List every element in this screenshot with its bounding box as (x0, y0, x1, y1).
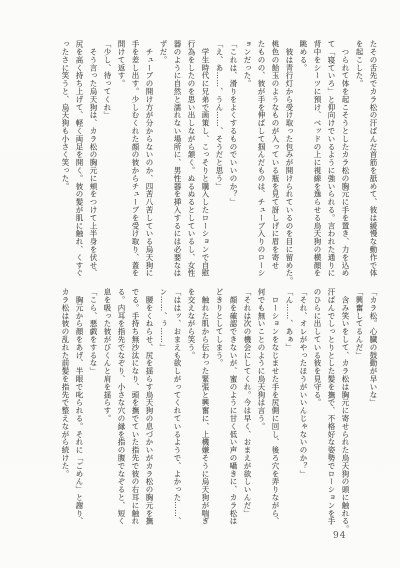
text-column: 含み笑いをして、カラ松は胸元に寄せられた烏天狗の頭に触れる。 (338, 288, 352, 530)
text-column: 「ん……、あぁ」 (282, 288, 296, 530)
text-column: 「カラ松。心臓の鼓動が早いな」 (366, 288, 380, 530)
text-column: を交えながら笑う。 (184, 288, 198, 530)
text-column: 器のように自然と濡れない場所に、男性器を挿入するには必要なは (170, 40, 184, 282)
text-column: 胸元から顔をあげ、半眼で叱られる。それに「ごめん」と謝り、 (72, 288, 86, 530)
text-column: ン……、ぅ……」 (156, 288, 170, 530)
text-column: 手を差し出す。少しむくれた顔の彼からチューブを受け取り、蓋を (128, 40, 142, 282)
text-column: のひらに出している彼を見守る。 (310, 288, 324, 530)
text-column: 何でも無いことのように烏天狗は言う。 (254, 288, 268, 530)
text-column: 「少し、待ってくれ」 (100, 40, 114, 282)
text-column: ずだ。 (156, 40, 170, 282)
text-column: 「それ、オレがやったほうがいいんじゃないのか？」 (296, 288, 310, 530)
text-column: つられて体を起こそうとしたカラ松の胸元に手を置き、力を込め (338, 40, 352, 282)
text-column: ローションをなじませた手を尻側に回し、後ろ穴を弄りながら、 (268, 288, 282, 530)
text-column: 汗ばんでしっとりとした髪を撫で、不格好な姿勢でローションを手 (324, 288, 338, 530)
text-column: カラ松は彼の乱れた前髪を指先で整えながら続けた。 (58, 288, 72, 530)
page-number: 94 (333, 531, 346, 541)
text-column: て「寝ていろ」と仰向けでいるように強いられる。言われた通りに (324, 40, 338, 282)
text-column: 尻を高く持ち上げて、軽く両足を開く。彼の髪が肌に触れ、くすぐ (72, 40, 86, 282)
text-column: 学生時代に兄弟で画策し、こっそりと購入したローションで自慰 (198, 40, 212, 282)
text-column: を起こした。 (352, 40, 366, 282)
text-column: そう言った烏天狗は、カラ松の胸元に頬をつけて上半身を伏せ、 (86, 40, 100, 282)
text-column: 行為をしたのを思い出しながら頷く。ぬるぬるとしているし、女性 (184, 40, 198, 282)
text-column: どきりとしてしまう。 (212, 288, 226, 530)
text-column: 「これは、滑りをよくするものでいいのか？」 (226, 40, 240, 282)
text-column: 桃色の飴玉のようなものが入っている瓶を見て訝しげに眉を寄せ (268, 40, 282, 282)
text-column: たものの、彼が手を伸ばして掴んだものは、チューブ入りのローシ (254, 40, 268, 282)
text-column: 顔を確認できないが、蜜のように甘く低い声の囁きに、カラ松は (226, 288, 240, 530)
upper-text-block: たその舌先でカラ松の汗ばんだ首筋を舐めて、彼は緩慢な動作で体を起こした。 つられ… (58, 40, 380, 282)
text-column: 「ははッ、おまえも欲しがってくれているようで、よかった……、 (170, 288, 184, 530)
text-column: 息を吸った彼がびくんと肩を揺らす。 (100, 288, 114, 530)
text-column: 「え、あ……、うん……、そうだと思う」 (212, 40, 226, 282)
text-column: 彼は青行灯から受け取った包みが開けられているのを目に留めた。 (282, 40, 296, 282)
text-column: ったさに笑うと、烏天狗も小さく笑った。 (58, 40, 72, 282)
text-column: 眺める。 (296, 40, 310, 282)
text-column: でる。手持ち無沙汰になり、頭を撫でていた指先で彼の右耳に触れ (128, 288, 142, 530)
lower-text-block: 「カラ松。心臓の鼓動が早いな」「興奮してるんだ」 含み笑いをして、カラ松は胸元に… (58, 288, 380, 530)
text-column: 触れた肌から伝わった緊張と興奮に、上機嫌そうに烏天狗が喘ぎ (198, 288, 212, 530)
text-column: る。内耳を指先でなぞり、小さな穴の縁を指の腹でなぞると、短く (114, 288, 128, 530)
text-column: 「興奮してるんだ」 (352, 288, 366, 530)
text-column: ョンだった。 (240, 40, 254, 282)
book-page: たその舌先でカラ松の汗ばんだ首筋を舐めて、彼は緩慢な動作で体を起こした。 つられ… (0, 0, 400, 568)
text-column: 「それは次の機会にしてくれ。今は早く、おまえが欲しいんだ」 (240, 288, 254, 530)
text-column: 開けて返す。 (114, 40, 128, 282)
text-column: 「こら、悪戯をするな」 (86, 288, 100, 530)
text-column: 腰をくねらせ、尻を揺らす烏天狗の息づかいがカラ松の胸元を撫 (142, 288, 156, 530)
text-column: たその舌先でカラ松の汗ばんだ首筋を舐めて、彼は緩慢な動作で体 (366, 40, 380, 282)
text-column: 背中をシーツに預け、ベッドの上に視線を逸らせる烏天狗の横顔を (310, 40, 324, 282)
text-column: チューブの開け方が分からないのか、四苦八苦している烏天狗に (142, 40, 156, 282)
